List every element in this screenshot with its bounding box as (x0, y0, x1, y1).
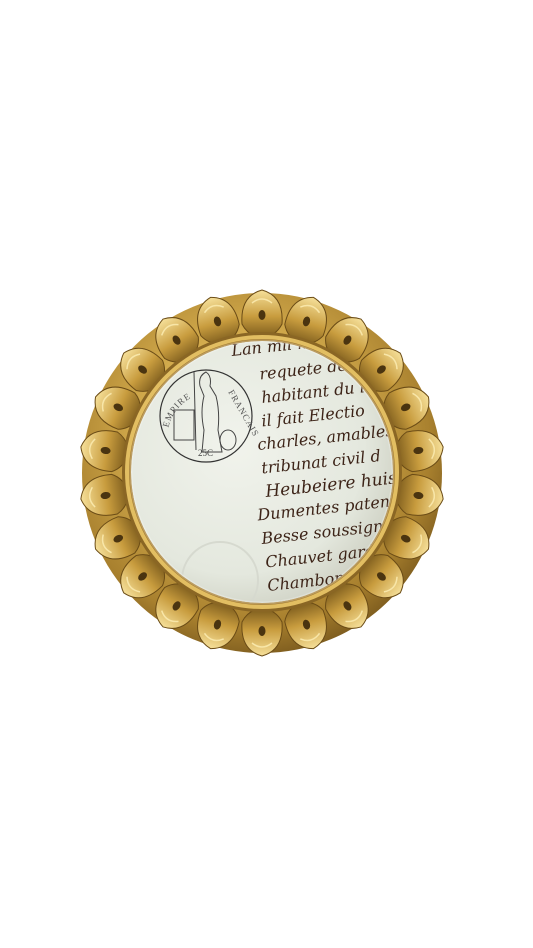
stamp-value: 25C (198, 448, 213, 458)
framed-document-photo: EMPIRE FRANCAIS 25C Lan mil mrequete deh… (0, 0, 533, 948)
